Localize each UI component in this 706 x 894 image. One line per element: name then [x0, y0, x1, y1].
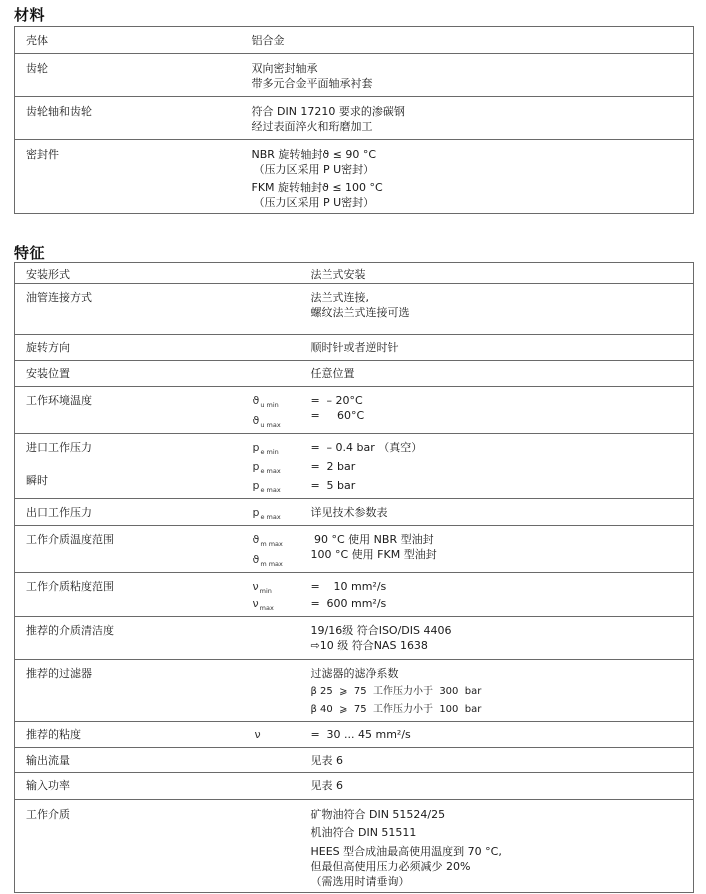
symbol-cell: ϑu min ϑu max [253, 387, 311, 434]
value-line: 法兰式连接, [311, 290, 694, 305]
table-row: 输出流量 见表 6 [15, 748, 694, 773]
label-line: 进口工作压力 [26, 440, 253, 455]
row-value: 详见技术参数表 [311, 499, 694, 526]
table-row: 齿轮 双向密封轴承 带多元合金平面轴承衬套 [15, 54, 694, 97]
row-label: 安装位置 [15, 361, 253, 387]
row-label: 壳体 [15, 27, 252, 54]
symbol-cell: νmin νmax [253, 573, 311, 617]
row-label: 油管连接方式 [15, 284, 253, 335]
value-line: （需选用时请垂询） [311, 874, 694, 889]
value-line: 经过表面淬火和珩磨加工 [252, 119, 694, 134]
section-title-features: 特征 [14, 242, 45, 263]
row-value: 19/16级 符合ISO/DIS 4406 ⇨10 级 符合NAS 1638 [311, 617, 694, 660]
table-row: 工作介质 矿物油符合 DIN 51524/25 机油符合 DIN 51511 H… [15, 800, 694, 893]
value-line: 但最但高使用压力必须减少 20% [311, 859, 694, 874]
row-value: 法兰式连接, 螺纹法兰式连接可选 [311, 284, 694, 335]
value-line: NBR 旋转轴封ϑ ≤ 90 °C [252, 147, 694, 162]
symbol-cell: pe min pe max pe max [253, 434, 311, 499]
row-value: 铝合金 [252, 27, 694, 54]
row-value: NBR 旋转轴封ϑ ≤ 90 °C （压力区采用 P U密封） FKM 旋转轴封… [252, 140, 694, 214]
row-label: 安装形式 [15, 263, 253, 284]
value-line: 铝合金 [252, 33, 694, 48]
row-value: = 10 mm²/s =600 mm²/s [311, 573, 694, 617]
symbol-cell: ϑm max ϑm max [253, 526, 311, 573]
row-value: 见表 6 [311, 748, 694, 773]
row-value: 过滤器的滤净系数 β 25 ⩾ 75 工作压力小于 300 bar β 40 ⩾… [311, 660, 694, 722]
row-label: 进口工作压力 瞬时 [15, 434, 253, 499]
section-title-materials: 材料 [14, 4, 45, 25]
row-value: 符合 DIN 17210 要求的渗碳钢 经过表面淬火和珩磨加工 [252, 97, 694, 140]
table-row: 安装位置 任意位置 [15, 361, 694, 387]
value-line: 螺纹法兰式连接可选 [311, 305, 694, 320]
row-value: 90 °C 使用 NBR 型油封 100 °C 使用 FKM 型油封 [311, 526, 694, 573]
row-value: 双向密封轴承 带多元合金平面轴承衬套 [252, 54, 694, 97]
row-label: 推荐的粘度 [15, 722, 253, 748]
value-line: 机油符合 DIN 51511 [311, 825, 694, 844]
row-label: 输入功率 [15, 773, 253, 800]
row-value: =– 0.4 bar （真空） =2 bar =5 bar [311, 434, 694, 499]
row-value: 见表 6 [311, 773, 694, 800]
value-line: （压力区采用 P U密封） [252, 195, 694, 210]
value-line: 19/16级 符合ISO/DIS 4406 [311, 623, 694, 638]
table-row: 输入功率 见表 6 [15, 773, 694, 800]
row-value: =– 20°C = 60°C [311, 387, 694, 434]
table-row: 安装形式 法兰式安装 [15, 263, 694, 284]
table-row: 工作环境温度 ϑu min ϑu max =– 20°C = 60°C [15, 387, 694, 434]
label-line: 瞬时 [26, 473, 253, 488]
table-row: 出口工作压力 pe max 详见技术参数表 [15, 499, 694, 526]
row-label: 密封件 [15, 140, 252, 214]
features-table: 安装形式 法兰式安装 油管连接方式 法兰式连接, 螺纹法兰式连接可选 旋转方向 … [14, 262, 694, 893]
value-line: 带多元合金平面轴承衬套 [252, 76, 694, 91]
row-label: 工作介质温度范围 [15, 526, 253, 573]
row-label: 旋转方向 [15, 335, 253, 361]
row-label: 推荐的介质清洁度 [15, 617, 253, 660]
table-row: 工作介质粘度范围 νmin νmax = 10 mm²/s =600 mm²/s [15, 573, 694, 617]
row-value: 任意位置 [311, 361, 694, 387]
table-row: 推荐的过滤器 过滤器的滤净系数 β 25 ⩾ 75 工作压力小于 300 bar… [15, 660, 694, 722]
row-label: 工作环境温度 [15, 387, 253, 434]
table-row: 旋转方向 顺时针或者逆时针 [15, 335, 694, 361]
row-value: 顺时针或者逆时针 [311, 335, 694, 361]
value-line: 符合 DIN 17210 要求的渗碳钢 [252, 104, 694, 119]
row-label: 输出流量 [15, 748, 253, 773]
row-value: 法兰式安装 [311, 263, 694, 284]
table-row: 工作介质温度范围 ϑm max ϑm max 90 °C 使用 NBR 型油封 … [15, 526, 694, 573]
value-line: HEES 型合成油最高使用温度到 70 °C, [311, 844, 694, 859]
value-line: ⇨10 级 符合NAS 1638 [311, 638, 694, 653]
table-row: 推荐的介质清洁度 19/16级 符合ISO/DIS 4406 ⇨10 级 符合N… [15, 617, 694, 660]
value-line: （压力区采用 P U密封） [252, 162, 694, 177]
row-value: 矿物油符合 DIN 51524/25 机油符合 DIN 51511 HEES 型… [311, 800, 694, 893]
value-line: 双向密封轴承 [252, 61, 694, 76]
row-label: 出口工作压力 [15, 499, 253, 526]
row-label: 推荐的过滤器 [15, 660, 253, 722]
materials-table: 壳体 铝合金 齿轮 双向密封轴承 带多元合金平面轴承衬套 齿轮轴和齿轮 符合 D… [14, 26, 694, 214]
row-label: 工作介质粘度范围 [15, 573, 253, 617]
table-row: 推荐的粘度 ν =30 ... 45 mm²/s [15, 722, 694, 748]
value-line: β 40 ⩾ 75 工作压力小于 100 bar [311, 702, 694, 717]
symbol-cell: pe max [253, 499, 311, 526]
table-row: 密封件 NBR 旋转轴封ϑ ≤ 90 °C （压力区采用 P U密封） FKM … [15, 140, 694, 214]
table-row: 油管连接方式 法兰式连接, 螺纹法兰式连接可选 [15, 284, 694, 335]
value-line: β 25 ⩾ 75 工作压力小于 300 bar [311, 684, 694, 702]
row-label: 工作介质 [15, 800, 253, 893]
table-row: 壳体 铝合金 [15, 27, 694, 54]
value-line: 过滤器的滤净系数 [311, 666, 694, 684]
row-label: 齿轮 [15, 54, 252, 97]
value-line: FKM 旋转轴封ϑ ≤ 100 °C [252, 180, 694, 195]
table-row: 齿轮轴和齿轮 符合 DIN 17210 要求的渗碳钢 经过表面淬火和珩磨加工 [15, 97, 694, 140]
symbol-cell: ν [253, 722, 311, 748]
row-value: =30 ... 45 mm²/s [311, 722, 694, 748]
row-label: 齿轮轴和齿轮 [15, 97, 252, 140]
table-row: 进口工作压力 瞬时 pe min pe max pe max =– 0.4 ba… [15, 434, 694, 499]
value-line: 矿物油符合 DIN 51524/25 [311, 807, 694, 825]
